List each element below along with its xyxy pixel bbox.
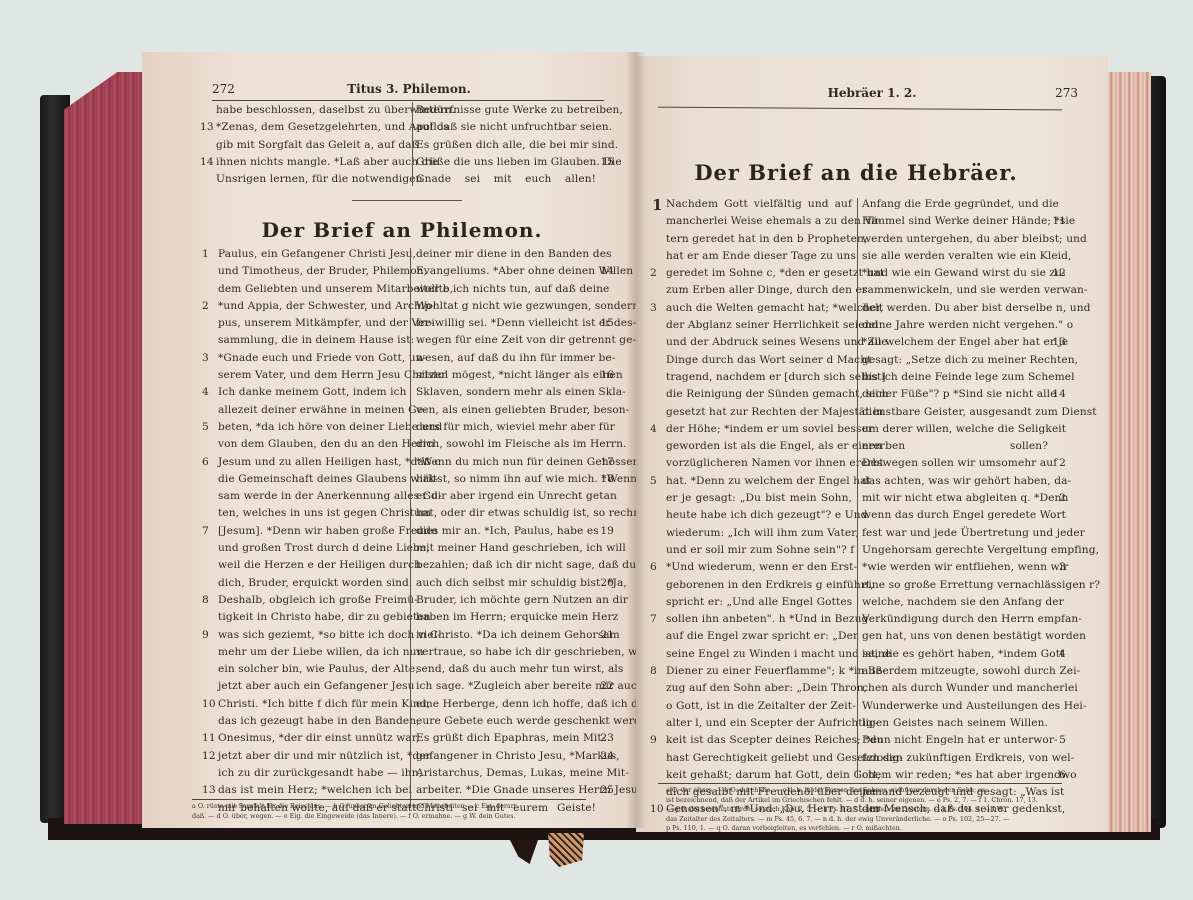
text-line: bezahlen; daß ich dir nicht sage, daß du [416, 557, 596, 574]
text-line: gesagt: „Setze dich zu meiner Rechten, [862, 352, 1048, 369]
line-text: bezahlen; daß ich dir nicht sage, daß du [416, 559, 636, 571]
text-line: spricht er: „Und alle Engel Gottes [666, 594, 852, 611]
text-line: *Zenas, dem Gesetzgelehrten, und Apollos… [216, 119, 406, 136]
line-text: geredet im Sohne c, *den er gesetzt hat [666, 267, 884, 279]
line-text: gib mit Sorgfalt das Geleit a, auf daß [216, 139, 419, 151]
text-line: wesen, auf daß du ihn für immer be- [416, 350, 596, 367]
line-text: auch dich selbst mir schuldig bist. *Ja, [416, 577, 627, 589]
verse-number: 12 [202, 748, 216, 765]
text-line: dich, Bruder, erquickt worden sind. [218, 575, 404, 592]
text-line: delt werden. Du aber bist derselbe n, un… [862, 300, 1048, 317]
line-text: mehr um der Liebe willen, da ich nun [218, 646, 424, 658]
line-text: ten, welches in uns ist gegen Christum [218, 507, 431, 519]
verse-number: 2 [1059, 455, 1066, 472]
line-text: *und wie ein Gewand wirst du sie zu- [862, 267, 1066, 279]
line-text: jetzt aber auch ein Gefangener Jesu [218, 680, 415, 692]
text-line: die Reinigung der Sünden gemacht, sich [666, 386, 852, 403]
verse-number: 15 [600, 154, 614, 171]
text-line: Wohltat g nicht wie gezwungen, sondern [416, 298, 596, 315]
line-text: keit gehaßt; darum hat Gott, dein Gott, [666, 769, 881, 781]
text-line: tern geredet hat in den b Propheten, [666, 231, 852, 248]
text-line: send, daß du auch mehr tun wirst, als [416, 661, 596, 678]
header-rule [212, 100, 604, 101]
text-line: was sich geziemt, *so bitte ich doch vie… [218, 627, 404, 644]
line-text: Onesimus, *der dir einst unnütz war, [218, 732, 419, 744]
verse-number: 18 [600, 471, 614, 488]
book-gutter [626, 52, 646, 828]
line-text: spricht er: „Und alle Engel Gottes [666, 596, 852, 608]
line-text: ich zu dir zurückgesandt habe — ihn, [218, 767, 422, 779]
text-line: das ich gezeugt habe in den Banden, [218, 713, 404, 730]
line-text: tern geredet hat in den b Propheten, [666, 233, 867, 245]
verse-number: 5 [650, 473, 657, 490]
line-text: weil die Herzen e der Heiligen durch [218, 559, 421, 571]
line-text: und er soll mir zum Sohne sein"? f [666, 544, 854, 556]
text-line: serem Vater, und dem Herrn Jesu Christo! [218, 367, 404, 384]
line-text: [Jesum]. *Denn wir haben große Freude [218, 525, 437, 537]
text-line: Es grüßt dich Epaphras, mein Mit-23 [416, 730, 596, 747]
line-text: deiner mir diene in den Banden des [416, 248, 612, 260]
text-line: Ich danke meinem Gott, indem ich4 [218, 384, 404, 401]
right-running-head: Hebräer 1. 2. 273 [666, 86, 1078, 108]
line-text: werden untergehen, du aber bleibst; und [862, 233, 1087, 245]
line-text: tigkeit in Christo habe, dir zu gebieten [218, 611, 431, 623]
chapter-number: 1 [652, 196, 662, 214]
text-line: ein solcher bin, wie Paulus, der Alte, [218, 661, 404, 678]
line-text: der Höhe; *indem er um soviel besser [666, 423, 873, 435]
verse-number: 22 [600, 678, 614, 695]
text-line: der Abglanz seiner Herrlichkeit seiend [666, 317, 852, 334]
text-line: haben im Herrn; erquicke mein Herz [416, 609, 596, 626]
line-text: *wie werden wir entfliehen, wenn wir [862, 561, 1068, 573]
text-line: Nachdem Gott vielfältig und auf [666, 196, 852, 213]
line-text: Jesum und zu allen Heiligen hast, *daß c [218, 456, 441, 468]
verse-number: 14 [600, 263, 614, 280]
column-rule [412, 102, 413, 186]
verse-number: 14 [200, 154, 214, 171]
verse-number: 7 [650, 611, 657, 628]
text-line: Dinge durch das Wort seiner d Macht [666, 352, 852, 369]
text-line: dienstbare Geister, ausgesandt zum Diens… [862, 404, 1048, 421]
verse-number: 6 [202, 454, 209, 471]
line-text: jetzt aber dir und mir nützlich ist, *de… [218, 750, 433, 762]
text-line: eine so große Errettung vernachlässigen … [862, 577, 1048, 594]
verse-number: 17 [600, 454, 614, 471]
text-line: und großen Trost durch d deine Liebe, [218, 540, 404, 557]
text-line: wegen für eine Zeit von dir getrennt ge- [416, 332, 596, 349]
text-line: Sklaven, sondern mehr als einen Skla- [416, 384, 596, 401]
text-line: sitzen mögest, *nicht länger als einen16 [416, 367, 596, 384]
line-text: vertraue, so habe ich dir geschrieben, w… [416, 646, 650, 658]
line-text: dienstbare Geister, ausgesandt zum Diens… [862, 406, 1097, 418]
text-line: ven, als einen geliebten Bruder, beson- [416, 402, 596, 419]
verse-number: 7 [202, 523, 209, 540]
line-text: ders für mich, wieviel mehr aber für [416, 421, 615, 433]
text-line: Anfang die Erde gegründet, und die [862, 196, 1048, 213]
text-line: fen den zukünftigen Erdkreis, von wel- [862, 750, 1048, 767]
line-text: sammenwickeln, und sie werden verwan- [862, 284, 1088, 296]
text-line: zug auf den Sohn aber: „Dein Thron, [666, 680, 852, 697]
text-line: mancherlei Weise ehemals a zu den Vä- [666, 213, 852, 230]
text-line: Grüße die uns lieben im Glauben. Die15 [416, 154, 596, 171]
footnote-line: p Ps. 110, 1. — q O. daran vorbeigleiten… [666, 824, 1038, 834]
line-text: auf daß sie nicht unfruchtbar seien. [416, 121, 612, 133]
line-text: deiner Füße"? p *Sind sie nicht alle [862, 388, 1056, 400]
line-text: Unsrigen lernen, für die notwendigen [216, 173, 423, 185]
text-line: dem Geliebten und unserem Mitarbeiter b, [218, 281, 404, 298]
text-line: dies mir an. *Ich, Paulus, habe es19 [416, 523, 596, 540]
text-line: ders für mich, wieviel mehr aber für [416, 419, 596, 436]
line-text: Christi. *Ich bitte f dich für mein Kind… [218, 698, 430, 710]
line-text: auf die Engel zwar spricht er: „Der [666, 630, 858, 642]
text-line: hast Gerechtigkeit geliebt und Gesetzlos… [666, 750, 852, 767]
footnote-line: das Zeitalter des Zeitalters. — m Ps. 45… [666, 815, 1038, 825]
line-text: *Gnade euch und Friede von Gott, un- [218, 352, 426, 364]
text-line: *Zu welchem der Engel aber hat er je13 [862, 334, 1048, 351]
verse-number: 21 [600, 627, 614, 644]
text-line: Wunderwerke und Austeilungen des Hei- [862, 698, 1048, 715]
line-text: zum Erben aller Dinge, durch den er [666, 284, 867, 296]
line-text: keit ist das Scepter deines Reiches; *du [666, 734, 884, 746]
line-text: *Zu welchem der Engel aber hat er je [862, 336, 1068, 348]
line-text: Himmel sind Werke deiner Hände; *sie [862, 215, 1075, 227]
text-line: chem wir reden; *es hat aber irgendwo6 [862, 767, 1048, 784]
line-text: ein solcher bin, wie Paulus, der Alte, [218, 663, 419, 675]
line-text: *und Appia, der Schwester, und Archip- [218, 300, 435, 312]
text-line: *Und wiederum, wenn er den Erst-6 [666, 559, 852, 576]
text-line: sammlung, die in deinem Hause ist: [218, 332, 404, 349]
text-line: Christi. *Ich bitte f dich für mein Kind… [218, 696, 404, 713]
line-text: welche, nachdem sie den Anfang der [862, 596, 1064, 608]
text-column-left: Paulus, ein Gefangener Christi Jesu,1und… [218, 246, 404, 817]
column-rule [857, 198, 858, 778]
text-column-right: deiner mir diene in den Banden desEvange… [416, 246, 596, 817]
text-line: Ungehorsam gerechte Vergeltung empfing, [862, 542, 1048, 559]
line-text: auch die Welten gemacht hat; *welcher, [666, 302, 884, 314]
right-running-title: Hebräer 1. 2. [806, 86, 938, 100]
text-line: eine Herberge, denn ich hoffe, daß ich d… [416, 696, 596, 713]
text-column-top-right: Bedürfnisse gute Werke zu betreiben,auf … [416, 102, 596, 188]
text-line: auch die Welten gemacht hat; *welcher,3 [666, 300, 852, 317]
line-text: und Timotheus, der Bruder, Philemon, [218, 265, 427, 277]
text-line: von dem Glauben, den du an den Herrn [218, 436, 404, 453]
line-text: fest war und jede Übertretung und jeder [862, 527, 1085, 539]
text-line: o Gott, ist in die Zeitalter der Zeit- [666, 698, 852, 715]
footnote-line: a O. vor alters. — b O. durch die. — c d… [666, 786, 1038, 796]
verse-number: 4 [202, 384, 209, 401]
line-text: hat er am Ende dieser Tage zu uns [666, 250, 856, 262]
line-text: gefangener in Christo Jesu, *Markus, [416, 750, 620, 762]
text-line: Paulus, ein Gefangener Christi Jesu,1 [218, 246, 404, 263]
text-line: *Wenn du mich nun für deinen Genossen17 [416, 454, 596, 471]
line-text: sammlung, die in deinem Hause ist: [218, 334, 414, 346]
text-line: das achten, was wir gehört haben, da- [862, 473, 1048, 490]
line-text: sollen ihn anbeten". h *Und in Bezug [666, 613, 868, 625]
text-line: Aristarchus, Demas, Lukas, meine Mit- [416, 765, 596, 782]
text-line: in Christo. *Da ich deinem Gehorsam21 [416, 627, 596, 644]
line-text: delt werden. Du aber bist derselbe n, un… [862, 302, 1091, 314]
text-line: geworden ist als die Engel, als er einen [666, 438, 852, 455]
verse-number: 6 [1059, 767, 1066, 784]
text-line: *und Appia, der Schwester, und Archip-2 [218, 298, 404, 315]
text-line: ich zu dir zurückgesandt habe — ihn, [218, 765, 404, 782]
verse-number: 19 [600, 523, 614, 540]
verse-number: 15 [600, 315, 614, 332]
verse-number: 2 [1059, 490, 1066, 507]
text-line: Onesimus, *der dir einst unnütz war,11 [218, 730, 404, 747]
text-line: *Gnade euch und Friede von Gott, un-3 [218, 350, 404, 367]
text-line: tragend, nachdem er [durch sich selbst] [666, 369, 852, 386]
text-line: das ist mein Herz; *welchen ich bei13 [218, 782, 404, 799]
line-text: hat. *Denn zu welchem der Engel hat [666, 475, 871, 487]
verse-number: 5 [1059, 732, 1066, 749]
text-line: sollen ihn anbeten". h *Und in Bezug7 [666, 611, 852, 628]
text-line: welche, nachdem sie den Anfang der [862, 594, 1048, 611]
line-text: Paulus, ein Gefangener Christi Jesu, [218, 248, 416, 260]
line-text: Bedürfnisse gute Werke zu betreiben, [416, 104, 623, 116]
text-line: geredet im Sohne c, *den er gesetzt hat2 [666, 265, 852, 282]
line-text: das ist mein Herz; *welchen ich bei [218, 784, 412, 796]
text-line: weil die Herzen e der Heiligen durch [218, 557, 404, 574]
text-line: bis ich deine Feinde lege zum Schemel [862, 369, 1048, 386]
text-line: sam werde in der Anerkennung alles Gu- [218, 488, 404, 505]
verse-number: 3 [650, 300, 657, 317]
line-text: Ungehorsam gerechte Vergeltung empfing, [862, 544, 1099, 556]
line-text: die Gemeinschaft deines Glaubens wirk- [218, 473, 438, 485]
line-text: Verkündigung durch den Herrn empfan- [862, 613, 1082, 625]
line-text: wegen für eine Zeit von dir getrennt ge- [416, 334, 636, 346]
text-line: vertraue, so habe ich dir geschrieben, w… [416, 644, 596, 661]
text-line: geborenen in den Erdkreis g einführt, [666, 577, 852, 594]
verse-number: 2 [650, 265, 657, 282]
line-text: eine so große Errettung vernachlässigen … [862, 579, 1100, 591]
line-text: ihnen nichts mangle. *Laß aber auch die [216, 156, 438, 168]
line-text: Wohltat g nicht wie gezwungen, sondern [416, 300, 639, 312]
verse-number: 12 [1052, 265, 1066, 282]
line-text: Sklaven, sondern mehr als einen Skla- [416, 386, 626, 398]
text-line: Diener zu einer Feuerflamme"; k *in Be-8 [666, 663, 852, 680]
line-text: bis ich deine Feinde lege zum Schemel [862, 371, 1075, 383]
text-line: die Gemeinschaft deines Glaubens wirk- [218, 471, 404, 488]
text-line: auf daß sie nicht unfruchtbar seien. [416, 119, 596, 136]
bookmark-ribbon-dark [510, 840, 538, 864]
verse-number: 13 [202, 782, 216, 799]
line-text: beten, *da ich höre von deiner Liebe und [218, 421, 442, 433]
line-text: pus, unserem Mitkämpfer, und der Ver- [218, 317, 433, 329]
text-line: zum Erben aller Dinge, durch den er [666, 282, 852, 299]
verse-number: 25 [600, 782, 614, 799]
text-line: keit ist das Scepter deines Reiches; *du… [666, 732, 852, 749]
text-line: ererben sollen? [862, 438, 1048, 455]
line-text: send, daß du auch mehr tun wirst, als [416, 663, 623, 675]
line-text: und großen Trost durch d deine Liebe, [218, 542, 430, 554]
line-text: dich, sowohl im Fleische als im Herrn. [416, 438, 626, 450]
text-line: seine Engel zu Winden i macht und seine [666, 646, 852, 663]
text-line: Bedürfnisse gute Werke zu betreiben, [416, 102, 596, 119]
verse-number: 10 [650, 801, 664, 818]
line-text: wesen, auf daß du ihn für immer be- [416, 352, 615, 364]
line-text: gen hat, uns von denen bestätigt worden [862, 630, 1086, 642]
text-line: ihnen nichts mangle. *Laß aber auch die1… [216, 154, 406, 171]
text-line: sie alle werden veralten wie ein Kleid, [862, 248, 1048, 265]
line-text: sie alle werden veralten wie ein Kleid, [862, 250, 1072, 262]
text-line: *und wie ein Gewand wirst du sie zu-12 [862, 265, 1048, 282]
line-text: zug auf den Sohn aber: „Dein Thron, [666, 682, 867, 694]
text-line: ich sage. *Zugleich aber bereite mir auc… [416, 678, 596, 695]
footnote-line: daß. — d O. über, wegen. — e Eig. die Ei… [192, 812, 516, 822]
right-page: Hebräer 1. 2. 273 Der Brief an die Hebrä… [636, 56, 1108, 832]
line-text: und der Abdruck seines Wesens und alle [666, 336, 888, 348]
line-text: Es grüßen dich alle, die bei mir sind. [416, 139, 618, 151]
text-line: vorzüglicheren Namen vor ihnen ererbt [666, 455, 852, 472]
text-line: wiederum: „Ich will ihm zum Vater, [666, 525, 852, 542]
text-line: freiwillig sei. *Denn vielleicht ist er … [416, 315, 596, 332]
verse-number: 13 [1052, 334, 1066, 351]
line-text: das ich gezeugt habe in den Banden, [218, 715, 420, 727]
text-line: *wie werden wir entfliehen, wenn wir3 [862, 559, 1048, 576]
line-text: Dinge durch das Wort seiner d Macht [666, 354, 872, 366]
open-book-photo: 272 Titus 3. Philemon. habe beschlossen,… [0, 0, 1193, 900]
text-line: er dir aber irgend ein Unrecht getan [416, 488, 596, 505]
text-line: jetzt aber auch ein Gefangener Jesu [218, 678, 404, 695]
page-edges-right [1105, 72, 1151, 832]
verse-number: 6 [650, 559, 657, 576]
text-line: Bruder, ich möchte gern Nutzen an dir [416, 592, 596, 609]
line-text: o Gott, ist in die Zeitalter der Zeit- [666, 700, 856, 712]
line-text: um derer willen, welche die Seligkeit [862, 423, 1066, 435]
line-text: haben im Herrn; erquicke mein Herz [416, 611, 618, 623]
text-line: chen als durch Wunder und mancherlei [862, 680, 1048, 697]
text-line: sammenwickeln, und sie werden verwan- [862, 282, 1048, 299]
text-line: hat, oder dir etwas schuldig ist, so rec… [416, 505, 596, 522]
text-line: Evangeliums. *Aber ohne deinen Willen14 [416, 263, 596, 280]
text-line: der Höhe; *indem er um soviel besser4 [666, 421, 852, 438]
text-line: eure Gebete euch werde geschenkt werden. [416, 713, 596, 730]
line-text: serem Vater, und dem Herrn Jesu Christo! [218, 369, 449, 381]
line-text: Wunderwerke und Austeilungen des Hei- [862, 700, 1087, 712]
left-page: 272 Titus 3. Philemon. habe beschlossen,… [142, 52, 636, 828]
text-line: Unsrigen lernen, für die notwendigen [216, 171, 406, 188]
text-line: werden untergehen, du aber bleibst; und [862, 231, 1048, 248]
text-line: [Jesum]. *Denn wir haben große Freude7 [218, 523, 404, 540]
text-line: er je gesagt: „Du bist mein Sohn, [666, 490, 852, 507]
line-text: geborenen in den Erdkreis g einführt, [666, 579, 874, 591]
line-text: er je gesagt: „Du bist mein Sohn, [666, 492, 852, 504]
line-text: ven, als einen geliebten Bruder, beson- [416, 404, 629, 416]
verse-number: 23 [600, 730, 614, 747]
line-text: ist, die es gehört haben, *indem Gott [862, 648, 1064, 660]
text-line: Jesum und zu allen Heiligen hast, *daß c… [218, 454, 404, 471]
text-line: alter l, und ein Scepter der Aufrichtig- [666, 715, 852, 732]
footnote-rule [192, 799, 586, 800]
text-line: Es grüßen dich alle, die bei mir sind. [416, 137, 596, 154]
verse-number: 4 [1059, 646, 1066, 663]
footnotes: a O. vor alters. — b O. durch die. — c d… [666, 786, 1038, 834]
footnote-line: a O. rüste mit Sorgfalt für die Reise au… [192, 802, 516, 812]
line-text: Grüße die uns lieben im Glauben. Die [416, 156, 622, 168]
verse-number: 16 [600, 367, 614, 384]
line-text: fen den zukünftigen Erdkreis, von wel- [862, 752, 1074, 764]
line-text: deine Jahre werden nicht vergehen." o [862, 319, 1073, 331]
footnote-line: — g O. die bewohnte Erde; so auch Kap. 2… [666, 805, 1038, 815]
verse-number: 13 [200, 119, 214, 136]
line-text: sitzen mögest, *nicht länger als einen [416, 369, 623, 381]
text-line: und der Abdruck seines Wesens und alle [666, 334, 852, 351]
verse-number: 5 [202, 419, 209, 436]
text-line: gesetzt hat zur Rechten der Majestät in [666, 404, 852, 421]
text-line: Himmel sind Werke deiner Hände; *sie11 [862, 213, 1048, 230]
red-page-edges [64, 72, 150, 824]
line-text: was sich geziemt, *so bitte ich doch vie… [218, 629, 441, 641]
line-text: *Und wiederum, wenn er den Erst- [666, 561, 857, 573]
verse-number: 1 [202, 246, 209, 263]
text-line: Deswegen sollen wir umsomehr auf2 [862, 455, 1048, 472]
text-line: Gnade sei mit euch allen! [416, 171, 596, 188]
line-text: chem wir reden; *es hat aber irgendwo [862, 769, 1077, 781]
verse-number: 3 [1059, 559, 1066, 576]
text-line: deiner Füße"? p *Sind sie nicht alle14 [862, 386, 1048, 403]
line-text: gesetzt hat zur Rechten der Majestät in [666, 406, 883, 418]
bookmark-ribbon-gold [548, 833, 584, 867]
text-line: hat. *Denn zu welchem der Engel hat5 [666, 473, 852, 490]
line-text: allezeit deiner erwähne in meinen Ge- [218, 404, 427, 416]
line-text: Deswegen sollen wir umsomehr auf [862, 457, 1057, 469]
text-line: jetzt aber dir und mir nützlich ist, *de… [218, 748, 404, 765]
line-text: Denn nicht Engeln hat er unterwor- [862, 734, 1058, 746]
footnote-line: ist bezeichnend, daß der Artikel im Grie… [666, 796, 1038, 806]
text-line: ligen Geistes nach seinem Willen. [862, 715, 1048, 732]
line-text: in Christo. *Da ich deinem Gehorsam [416, 629, 620, 641]
line-text: mancherlei Weise ehemals a zu den Vä- [666, 215, 881, 227]
line-text: das achten, was wir gehört haben, da- [862, 475, 1071, 487]
text-line: heute habe ich dich gezeugt"? e Und [666, 507, 852, 524]
verse-number: 9 [202, 627, 209, 644]
verse-number: 4 [650, 421, 657, 438]
verse-number: 3 [202, 350, 209, 367]
text-line: habe beschlossen, daselbst zu überwinter… [216, 102, 406, 119]
line-text: sam werde in der Anerkennung alles Gu- [218, 490, 442, 502]
line-text: Diener zu einer Feuerflamme"; k *in Be- [666, 665, 886, 677]
line-text: gesagt: „Setze dich zu meiner Rechten, [862, 354, 1078, 366]
line-text: Deshalb, obgleich ich große Freimü- [218, 594, 418, 606]
line-text: chen als durch Wunder und mancherlei [862, 682, 1078, 694]
text-line: deine Jahre werden nicht vergehen." o [862, 317, 1048, 334]
column-rule [410, 248, 411, 808]
text-line: allezeit deiner erwähne in meinen Ge- [218, 402, 404, 419]
line-text: wollte ich nichts tun, auf daß deine [416, 283, 609, 295]
footnote-rule [658, 783, 1062, 784]
text-line: deiner mir diene in den Banden des [416, 246, 596, 263]
text-line: gib mit Sorgfalt das Geleit a, auf daß [216, 137, 406, 154]
text-line: Verkündigung durch den Herrn empfan- [862, 611, 1048, 628]
line-text: *Zenas, dem Gesetzgelehrten, und Apollos [216, 121, 449, 133]
text-line: fest war und jede Übertretung und jeder [862, 525, 1048, 542]
line-text: alter l, und ein Scepter der Aufrichtig- [666, 717, 877, 729]
text-line: tigkeit in Christo habe, dir zu gebieten [218, 609, 404, 626]
line-text: geworden ist als die Engel, als er einen [666, 440, 882, 452]
text-line: beten, *da ich höre von deiner Liebe und… [218, 419, 404, 436]
verse-number: 9 [650, 732, 657, 749]
text-column-left: Nachdem Gott vielfältig und aufmancherle… [666, 196, 852, 819]
line-text: Bruder, ich möchte gern Nutzen an dir [416, 594, 628, 606]
text-line: ten, welches in uns ist gegen Christum [218, 505, 404, 522]
line-text: außerdem mitzeugte, sowohl durch Zei- [862, 665, 1080, 677]
footnotes: a O. rüste mit Sorgfalt für die Reise au… [192, 802, 516, 821]
line-text: Es grüßt dich Epaphras, mein Mit- [416, 732, 605, 744]
line-text: von dem Glauben, den du an den Herrn [218, 438, 435, 450]
text-line: auch dich selbst mir schuldig bist. *Ja,… [416, 575, 596, 592]
line-text: ererben sollen? [862, 440, 1048, 452]
